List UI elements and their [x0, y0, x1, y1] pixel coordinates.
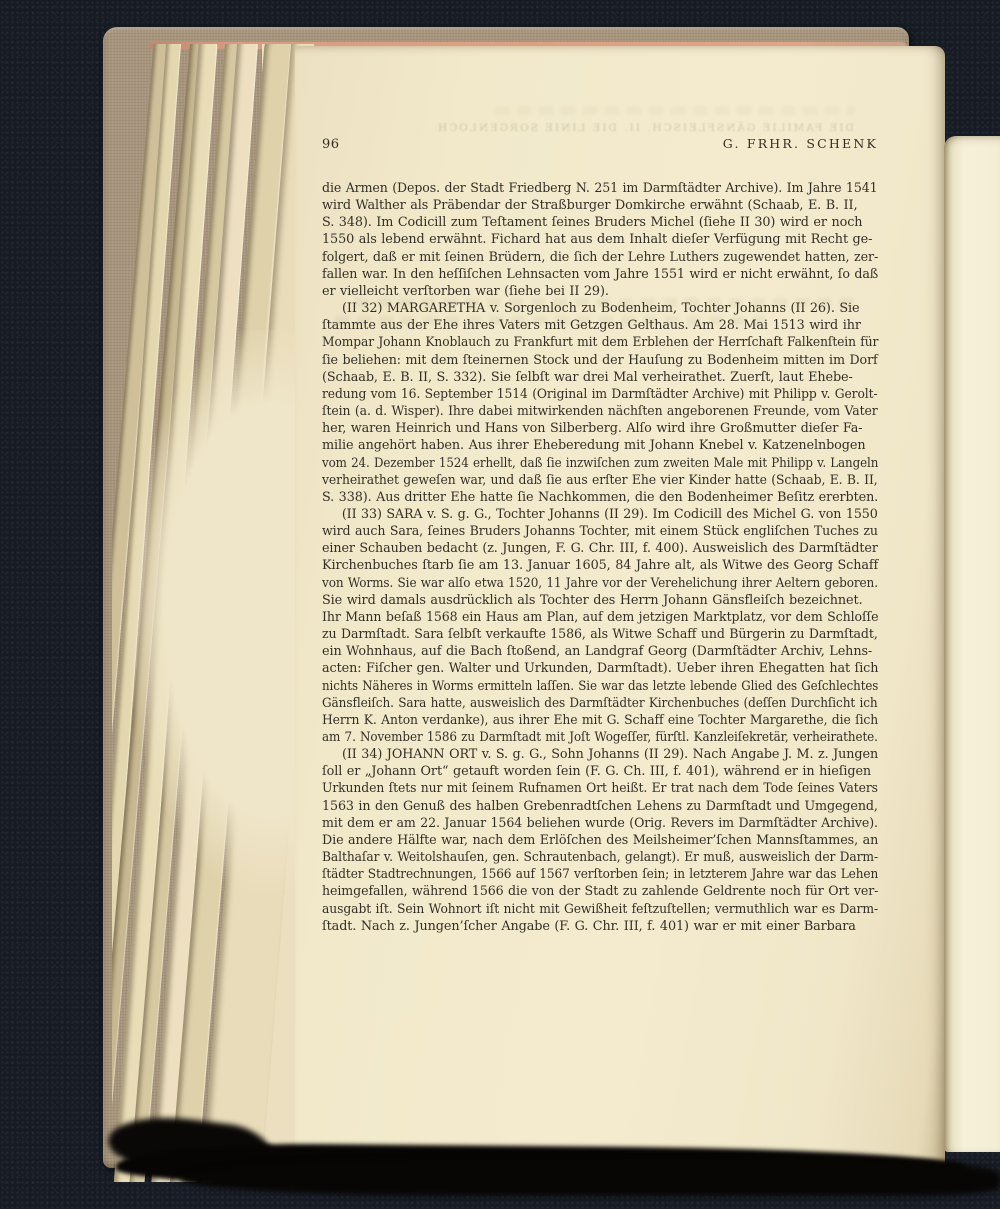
- text-line: er vielleicht verſtorben war (ſiehe bei …: [322, 283, 878, 300]
- text-line: S. 348). Im Codicill zum Teſtament ſeine…: [322, 214, 878, 231]
- text-line: ein Wohnhaus, auf die Bach ſtoßend, an L…: [322, 643, 878, 660]
- text-line: Sie wird damals ausdrücklich als Tochter…: [322, 592, 878, 609]
- text-line: einer Schauben bedacht (z. Jungen, F. G.…: [322, 540, 874, 557]
- text-line: nichts Näheres in Worms ermitteln laſſen…: [322, 678, 837, 695]
- text-line: die Armen (Depos. der Stadt Friedberg N.…: [322, 180, 868, 197]
- text-line: S. 338). Aus dritter Ehe hatte ſie Nachk…: [322, 489, 876, 506]
- book-photo: DIE FAMILIE GÄNSFLEISCH. II. DIE LINIE S…: [0, 0, 1000, 1209]
- body-text: die Armen (Depos. der Stadt Friedberg N.…: [322, 180, 878, 935]
- text-line: Die andere Hälfte war, nach dem Erlöſche…: [322, 832, 875, 849]
- text-line: von Worms. Sie war alſo etwa 1520, 11 Ja…: [322, 575, 845, 592]
- text-line: milie angehört haben. Aus ihrer Ehebered…: [322, 437, 878, 454]
- text-line: am 7. November 1586 zu Darmſtadt mit Joſ…: [322, 729, 842, 746]
- text-line: Gänsfleiſch. Sara hatte, ausweislich des…: [322, 695, 847, 712]
- text-line: 1563 in den Genuß des halben Grebenradtſ…: [322, 798, 873, 815]
- text-line: mit dem er am 22. Januar 1564 beliehen w…: [322, 815, 868, 832]
- text-line: (II 34) JOHANN ORT v. S. g. G., Sohn Joh…: [322, 746, 877, 763]
- bleed-through-line: [495, 106, 855, 115]
- text-line: (II 33) SARA v. S. g. G., Tochter Johann…: [322, 506, 873, 523]
- text-line: redung vom 16. September 1514 (Original …: [322, 386, 858, 403]
- text-line: zu Darmſtadt. Sara ſelbſt verkaufte 1586…: [322, 626, 868, 643]
- text-line: 1550 als lebend erwähnt. Fichard hat aus…: [322, 231, 878, 248]
- text-line: vom 24. Dezember 1524 erhellt, daß ſie i…: [322, 455, 838, 472]
- text-line: folgert, daß er mit ſeinen Brüdern, die …: [322, 249, 873, 266]
- text-line: ausgabt iſt. Sein Wohnort iſt nicht mit …: [322, 901, 859, 918]
- text-line: ſie beliehen: mit dem ſteinernen Stock u…: [322, 352, 873, 369]
- text-line: wird auch Sara, ſeines Bruders Johanns T…: [322, 523, 869, 540]
- text-line: heimgefallen, während 1566 die von der S…: [322, 883, 869, 900]
- text-line: Herrn K. Anton verdanke), aus ihrer Ehe …: [322, 712, 859, 729]
- page-number: 96: [322, 137, 340, 152]
- text-line: ſoll er „Johann Ort“ getauft worden ſein…: [322, 763, 878, 780]
- text-line: ſtadt. Nach z. Jungen’ſcher Angabe (F. G…: [322, 918, 878, 935]
- text-line: ſtädter Stadtrechnungen, 1566 auf 1567 v…: [322, 866, 848, 883]
- facing-page: [944, 136, 1000, 1152]
- text-line: Ihr Mann beſaß 1568 ein Haus am Plan, au…: [322, 609, 868, 626]
- text-line: (II 32) MARGARETHA v. Sorgenloch zu Bode…: [322, 300, 878, 317]
- text-line: wird Walther als Präbendar der Straßburg…: [322, 197, 878, 214]
- shadow: [180, 1160, 1000, 1196]
- bleed-through-header: DIE FAMILIE GÄNSFLEISCH. II. DIE LINIE S…: [415, 122, 875, 134]
- text-line: her, waren Heinrich und Hans von Silberb…: [322, 420, 878, 437]
- text-line: acten: Fiſcher gen. Walter und Urkunden,…: [322, 660, 877, 677]
- text-line: Urkunden ſtets nur mit ſeinem Rufnamen O…: [322, 780, 860, 797]
- text-line: Kirchenbuches ſtarb ſie am 13. Januar 16…: [322, 557, 878, 574]
- text-line: ſtein (a. d. Wisper). Ihre dabei mitwirk…: [322, 403, 862, 420]
- text-line: ſtammte aus der Ehe ihres Vaters mit Get…: [322, 317, 878, 334]
- text-line: (Schaab, E. B. II, S. 332). Sie ſelbſt w…: [322, 369, 878, 386]
- text-line: verheirathet geweſen war, und daß ſie au…: [322, 472, 860, 489]
- text-line: Mompar Johann Knoblauch zu Frankfurt mit…: [322, 334, 854, 351]
- text-line: fallen war. In den heſſiſchen Lehnsacten…: [322, 266, 871, 283]
- book-page: DIE FAMILIE GÄNSFLEISCH. II. DIE LINIE S…: [295, 46, 945, 1168]
- text-line: Balthaſar v. Weitolshauſen, gen. Schraut…: [322, 849, 856, 866]
- page-header: 96 G. FRHR. SCHENK: [322, 136, 878, 152]
- running-head: G. FRHR. SCHENK: [723, 136, 878, 151]
